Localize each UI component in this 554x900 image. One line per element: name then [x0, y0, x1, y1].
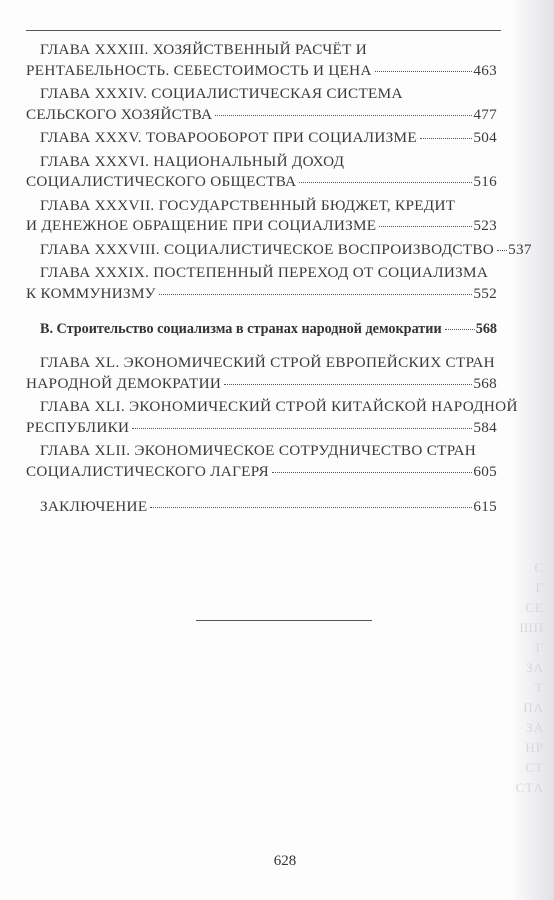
entry-title-line: ГЛАВА XXXV. ТОВАРООБОРОТ ПРИ СОЦИАЛИЗМЕ — [40, 128, 417, 149]
entry-title-line: НАРОДНОЙ ДЕМОКРАТИИ — [26, 374, 221, 395]
dot-leader — [150, 507, 472, 508]
entry-title-line: К КОММУНИЗМУ — [26, 284, 156, 305]
section-page: 568 — [476, 319, 497, 339]
entry-title-line: ГЛАВА XXXVI. НАЦИОНАЛЬНЫЙ ДОХОД — [40, 152, 344, 173]
bleed-through-text: Г — [535, 580, 544, 596]
dot-leader — [159, 294, 473, 295]
dot-leader — [420, 138, 472, 139]
entry-title-line: СОЦИАЛИСТИЧЕСКОГО ОБЩЕСТВА — [26, 172, 296, 193]
bleed-through-text: СЕ — [525, 600, 544, 616]
bleed-through-text: ЗА — [526, 660, 544, 676]
toc-entry-conclusion[interactable]: ЗАКЛЮЧЕНИЕ 615 — [26, 497, 497, 518]
entry-title-line: ГЛАВА XLI. ЭКОНОМИЧЕСКИЙ СТРОЙ КИТАЙСКОЙ… — [40, 397, 518, 418]
entry-page: 537 — [508, 240, 532, 261]
entry-title-line: ГЛАВА XXXVII. ГОСУДАРСТВЕННЫЙ БЮДЖЕТ, КР… — [40, 196, 455, 217]
toc-entry[interactable]: ГЛАВА XXXVI. НАЦИОНАЛЬНЫЙ ДОХОДСОЦИАЛИСТ… — [26, 152, 497, 193]
entry-page: 605 — [473, 462, 497, 483]
entry-title-line: ГЛАВА XXXVIII. СОЦИАЛИСТИЧЕСКОЕ ВОСПРОИЗ… — [40, 240, 494, 261]
page-number: 628 — [0, 853, 554, 870]
top-rule — [26, 30, 501, 31]
entry-title-line: ГЛАВА XXXIV. СОЦИАЛИСТИЧЕСКАЯ СИСТЕМА — [40, 84, 403, 105]
dot-leader — [272, 472, 472, 473]
entry-page: 584 — [473, 418, 497, 439]
entry-title-line: РЕНТАБЕЛЬНОСТЬ. СЕБЕСТОИМОСТЬ И ЦЕНА — [26, 61, 372, 82]
dot-leader — [299, 182, 472, 183]
chapter-list: ГЛАВА XXXIII. ХОЗЯЙСТВЕННЫЙ РАСЧЁТ ИРЕНТ… — [26, 40, 497, 304]
table-of-contents: ГЛАВА XXXIII. ХОЗЯЙСТВЕННЫЙ РАСЧЁТ ИРЕНТ… — [26, 40, 497, 521]
entry-page: 523 — [473, 216, 497, 237]
entry-page: 516 — [473, 172, 497, 193]
dot-leader — [215, 115, 472, 116]
toc-entry[interactable]: ГЛАВА XL. ЭКОНОМИЧЕСКИЙ СТРОЙ ЕВРОПЕЙСКИ… — [26, 353, 497, 394]
dot-leader — [375, 71, 473, 72]
toc-entry[interactable]: ГЛАВА XLI. ЭКОНОМИЧЕСКИЙ СТРОЙ КИТАЙСКОЙ… — [26, 397, 497, 438]
toc-entry[interactable]: ГЛАВА XXXV. ТОВАРООБОРОТ ПРИ СОЦИАЛИЗМЕ5… — [26, 128, 497, 149]
dot-leader — [445, 329, 475, 330]
entry-title-line: СОЦИАЛИСТИЧЕСКОГО ЛАГЕРЯ — [26, 462, 269, 483]
entry-page: 477 — [473, 105, 497, 126]
bleed-through-text: ЗА — [526, 720, 544, 736]
toc-entry[interactable]: ГЛАВА XLII. ЭКОНОМИЧЕСКОЕ СОТРУДНИЧЕСТВО… — [26, 441, 497, 482]
bleed-through-text: СТ — [525, 760, 544, 776]
entry-title-line: И ДЕНЕЖНОЕ ОБРАЩЕНИЕ ПРИ СОЦИАЛИЗМЕ — [26, 216, 376, 237]
entry-title-line: ГЛАВА XL. ЭКОНОМИЧЕСКИЙ СТРОЙ ЕВРОПЕЙСКИ… — [40, 353, 495, 374]
entry-page: 463 — [473, 61, 497, 82]
entry-title-line: РЕСПУБЛИКИ — [26, 418, 129, 439]
bleed-through-text: ПА — [523, 700, 544, 716]
bleed-through-text: ШП — [519, 620, 544, 636]
entry-page: 552 — [473, 284, 497, 305]
entry-title: ЗАКЛЮЧЕНИЕ — [40, 497, 147, 518]
section-heading[interactable]: В. Строительство социализма в странах на… — [26, 319, 497, 339]
section-title: В. Строительство социализма в странах на… — [40, 319, 442, 339]
dot-leader — [497, 250, 507, 251]
bleed-through-text: НР — [525, 740, 544, 756]
dot-leader — [379, 226, 472, 227]
entry-title-line: ГЛАВА XXXIII. ХОЗЯЙСТВЕННЫЙ РАСЧЁТ И — [40, 40, 367, 61]
toc-entry[interactable]: ГЛАВА XXXVII. ГОСУДАРСТВЕННЫЙ БЮДЖЕТ, КР… — [26, 196, 497, 237]
entry-page: 568 — [473, 374, 497, 395]
bleed-through-text: Т — [535, 680, 544, 696]
dot-leader — [132, 428, 472, 429]
bleed-through-text: СТА — [516, 780, 544, 796]
toc-entry[interactable]: ГЛАВА XXXIII. ХОЗЯЙСТВЕННЫЙ РАСЧЁТ ИРЕНТ… — [26, 40, 497, 81]
entry-page: 615 — [473, 497, 497, 518]
toc-entry[interactable]: ГЛАВА XXXVIII. СОЦИАЛИСТИЧЕСКОЕ ВОСПРОИЗ… — [26, 240, 497, 261]
entry-title-line: СЕЛЬСКОГО ХОЗЯЙСТВА — [26, 105, 212, 126]
bleed-through-text: С — [534, 560, 544, 576]
entry-page: 504 — [473, 128, 497, 149]
end-rule — [196, 620, 372, 621]
section-chapter-list: ГЛАВА XL. ЭКОНОМИЧЕСКИЙ СТРОЙ ЕВРОПЕЙСКИ… — [26, 353, 497, 482]
entry-title-line: ГЛАВА XLII. ЭКОНОМИЧЕСКОЕ СОТРУДНИЧЕСТВО… — [40, 441, 476, 462]
toc-entry[interactable]: ГЛАВА XXXIV. СОЦИАЛИСТИЧЕСКАЯ СИСТЕМАСЕЛ… — [26, 84, 497, 125]
entry-title-line: ГЛАВА XXXIX. ПОСТЕПЕННЫЙ ПЕРЕХОД ОТ СОЦИ… — [40, 263, 488, 284]
bleed-through-text: Г — [535, 640, 544, 656]
toc-entry[interactable]: ГЛАВА XXXIX. ПОСТЕПЕННЫЙ ПЕРЕХОД ОТ СОЦИ… — [26, 263, 497, 304]
dot-leader — [224, 384, 472, 385]
